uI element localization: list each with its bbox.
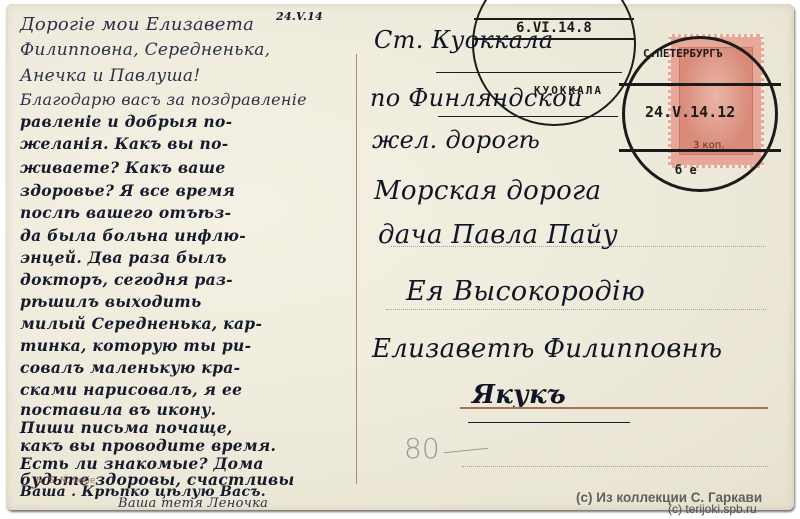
message-line: какъ вы проводите время. [20,436,276,455]
pencil-price-note: 80 [404,432,440,465]
address-line: Морская дорога [374,176,601,206]
message-line: равленiе и добрыя по- [20,112,232,131]
address-rule [460,407,768,409]
postmark-petersburg: С.ПЕТЕРБУРГЪ 24.V.14.12 б e [622,36,778,192]
message-line: поставила въ икону. [20,400,216,419]
address-line: Ст. Куоккала [374,26,554,54]
address-dotted-line [391,246,766,247]
postcard-divider [356,54,357,484]
message-line: Пиши письма почаще, [20,418,233,437]
message-line: Филипповна, Середненька, [20,40,270,60]
address-line: жел. дорогѣ [372,126,540,154]
postmark-petersburg-ring: С.ПЕТЕРБУРГЪ [643,47,722,60]
address-line: Ея Высокородiю [406,276,645,307]
address-line: Елизаветѣ Филипповнѣ [372,334,722,364]
message-line: здоровье? Я все время [20,181,235,200]
postmark-petersburg-date: 24.V.14.12 [645,103,735,121]
address-underline [468,422,630,423]
message-line: энцей. Два раза былъ [20,248,227,267]
address-line: по Финляндской [370,84,583,112]
message-line: совалъ маленькую кра- [20,358,240,377]
message-line: живаете? Какъ ваше [20,158,226,177]
message-line: Дорогiе мои Елизавета [20,14,254,35]
address-underline [436,72,622,73]
address-dotted-line [462,466,768,467]
message-signature: Ваша тетя Леночка [118,496,268,511]
message-line: сками нарисовалъ, я ее [20,380,242,399]
message-line: милый Середненька, кар- [20,314,262,333]
message-line: желанiя. Какъ вы по- [20,134,229,153]
postmark-petersburg-bottom: б e [675,163,697,177]
printer-mark: N. S. N. Serie [36,476,95,486]
address-underline [438,116,618,117]
message-line: послѣ вашего отъѣз- [20,203,231,222]
message-line: да была больна инфлю- [20,226,246,245]
message-line: Благодарю васъ за поздравленiе [20,90,307,109]
message-line: рѣшилъ выходить [20,292,202,311]
message-line: Анечка и Павлуша! [20,66,200,86]
message-line: тинка, которую ты ри- [20,336,251,355]
address-line: Якукъ [472,380,566,410]
address-dotted-line [386,309,766,310]
pencil-dash [444,448,488,454]
postcard-date: 24.V.14 [276,10,323,23]
message-line: докторъ, сегодня раз- [20,270,233,289]
postcard: 24.V.14 Дорогiе мои Елизавета Филипповна… [6,4,794,510]
watermark-site: (c) terijoki.spb.ru [668,502,757,516]
